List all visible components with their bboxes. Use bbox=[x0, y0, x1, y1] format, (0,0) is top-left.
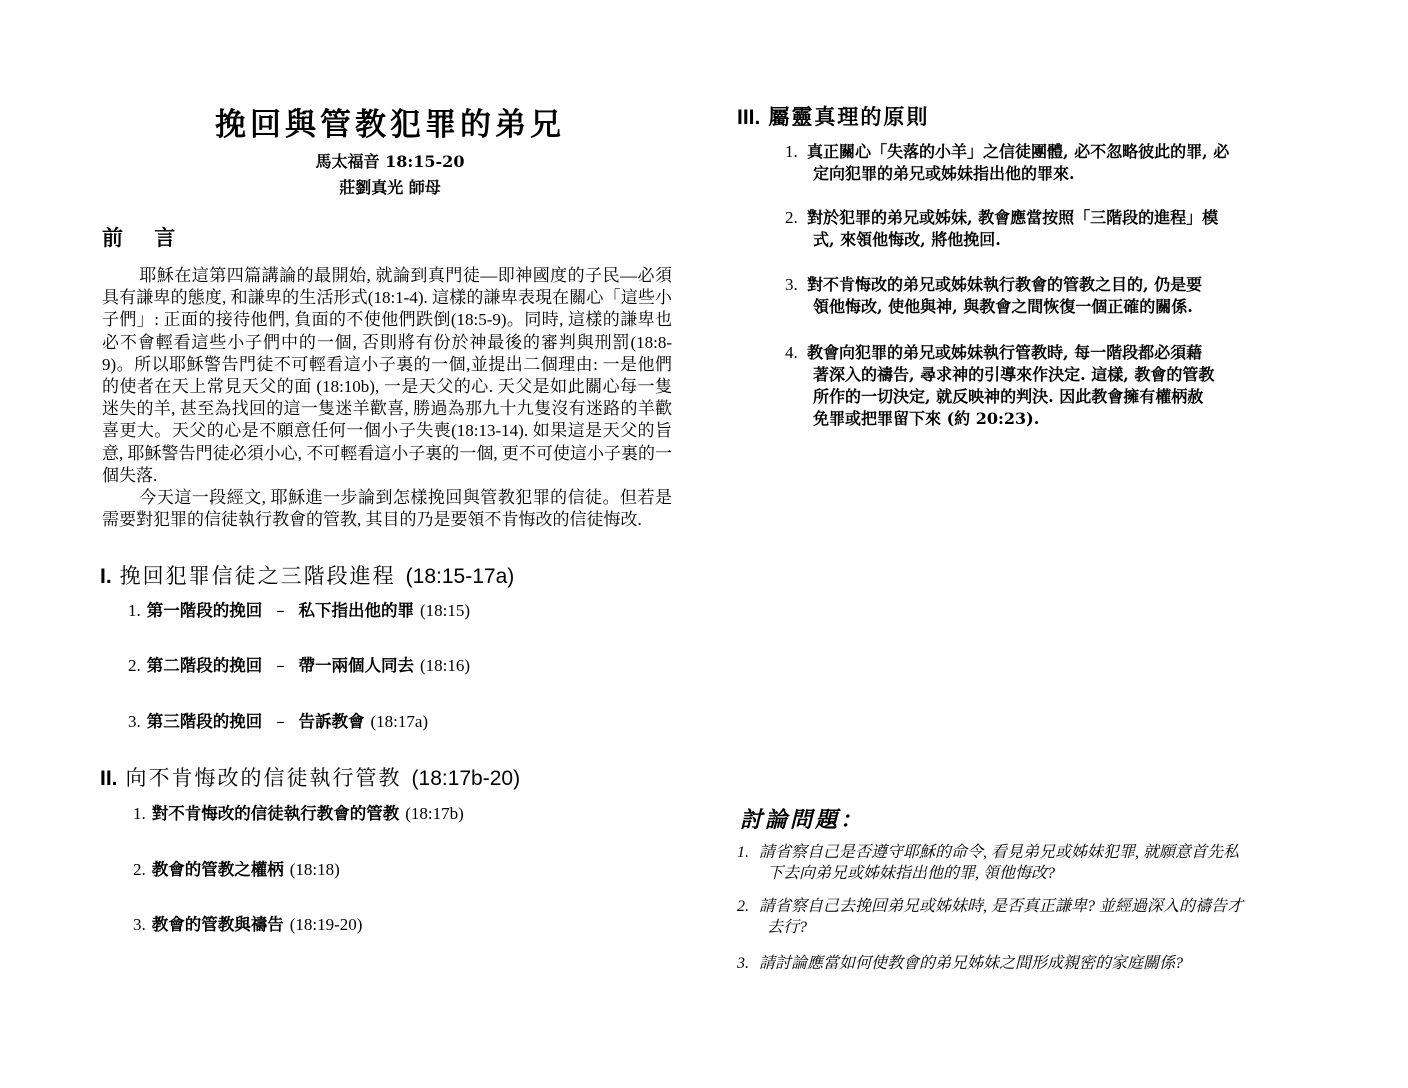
item-desc: 對不肯悔改的信徒執行教會的管教 bbox=[152, 804, 400, 823]
question-line: 下去向弟兄或姊妹指出他的罪, 領他悔改? bbox=[737, 863, 1317, 884]
section-2-item: 2.教會的管教之權柄(18:18) bbox=[133, 859, 340, 881]
item-dash: – bbox=[276, 601, 284, 620]
principle-line: 真正關心「失落的小羊」之信徒團體, 必不忽略彼此的罪, 必 bbox=[807, 142, 1229, 161]
section-1-item: 2.第二階段的挽回–帶一兩個人同去(18:16) bbox=[128, 655, 470, 677]
preface-paragraph: 耶穌在這第四篇講論的最開始, 就論到真門徒—即神國度的子民—必須具有謙卑的態度,… bbox=[102, 265, 672, 487]
section-1-item: 3.第三階段的挽回–告訴教會(18:17a) bbox=[128, 711, 428, 733]
question-line: 請討論應當如何使教會的弟兄姊妹之間形成親密的家庭關係? bbox=[759, 955, 1183, 972]
item-dash: – bbox=[276, 656, 284, 675]
discussion-question: 3.請討論應當如何使教會的弟兄姊妹之間形成親密的家庭關係? bbox=[737, 953, 1317, 974]
principle-line: 對不肯悔改的弟兄或姊妹執行教會的管教之目的, 仍是要 bbox=[807, 275, 1202, 294]
principle-item: 3.對不肯悔改的弟兄或姊妹執行教會的管教之目的, 仍是要 領他悔改, 使他與神,… bbox=[785, 274, 1310, 318]
item-number: 3. bbox=[128, 712, 141, 731]
section-number: III. bbox=[737, 106, 760, 129]
principle-number: 3. bbox=[785, 274, 807, 296]
discussion-question: 2.請省察自己去挽回弟兄或姊妹時, 是否真正謙卑? 並經過深入的禱告才 去行? bbox=[737, 896, 1317, 938]
principle-number: 1. bbox=[785, 141, 807, 163]
item-ref: (18:18) bbox=[290, 860, 340, 879]
principle-line: 式, 來領他悔改, 將他挽回. bbox=[785, 229, 1310, 251]
item-stage: 第二階段的挽回 bbox=[147, 656, 263, 675]
preface-heading: 前 言 bbox=[102, 222, 187, 252]
item-ref: (18:17b) bbox=[405, 804, 464, 823]
principle-number: 2. bbox=[785, 207, 807, 229]
item-ref: (18:15) bbox=[420, 601, 470, 620]
item-desc: 帶一兩個人同去 bbox=[299, 656, 415, 675]
item-desc: 教會的管教之權柄 bbox=[152, 860, 284, 879]
author: 莊劉真光 師母 bbox=[190, 177, 590, 199]
item-number: 3. bbox=[133, 915, 146, 934]
question-number: 3. bbox=[737, 953, 759, 974]
question-line: 去行? bbox=[737, 917, 1317, 938]
principle-line: 教會向犯罪的弟兄或姊妹執行管教時, 每一階段都必須藉 bbox=[807, 343, 1202, 362]
principle-item: 2.對於犯罪的弟兄或姊妹, 教會應當按照「三階段的進程」模 式, 來領他悔改, … bbox=[785, 207, 1310, 251]
section-heading-2: II.向不肯悔改的信徒執行管教(18:17b-20) bbox=[100, 764, 520, 793]
item-number: 1. bbox=[128, 601, 141, 620]
preface-paragraph: 今天這一段經文, 耶穌進一步論到怎樣挽回與管教犯罪的信徒。但若是需要對犯罪的信徒… bbox=[102, 487, 672, 531]
section-ref: (18:15-17a) bbox=[406, 565, 515, 588]
section-heading-3: III.屬靈真理的原則 bbox=[737, 103, 929, 132]
page-title: 挽回與管教犯罪的弟兄 bbox=[190, 106, 590, 144]
section-title: 向不肯悔改的信徒執行管教 bbox=[126, 766, 402, 790]
item-desc: 教會的管教與禱告 bbox=[152, 915, 284, 934]
section-2-item: 3.教會的管教與禱告(18:19-20) bbox=[133, 914, 362, 936]
section-number: I. bbox=[100, 565, 112, 588]
section-heading-1: I.挽回犯罪信徒之三階段進程(18:15-17a) bbox=[100, 562, 514, 591]
question-line: 請省察自己是否遵守耶穌的命令, 看見弟兄或姊妹犯罪, 就願意首先私 bbox=[759, 844, 1239, 861]
preface-body: 耶穌在這第四篇講論的最開始, 就論到真門徒—即神國度的子民—必須具有謙卑的態度,… bbox=[102, 265, 672, 531]
section-1-item: 1.第一階段的挽回–私下指出他的罪(18:15) bbox=[128, 600, 470, 622]
principle-line: 領他悔改, 使他與神, 與教會之間恢復一個正確的關係. bbox=[785, 296, 1310, 318]
item-ref: (18:19-20) bbox=[290, 915, 363, 934]
principle-item: 4.教會向犯罪的弟兄或姊妹執行管教時, 每一階段都必須藉 著深入的禱告, 尋求神… bbox=[785, 342, 1310, 430]
item-desc: 告訴教會 bbox=[299, 712, 365, 731]
discussion-heading: 討論問題： bbox=[740, 803, 865, 834]
item-number: 1. bbox=[133, 804, 146, 823]
item-number: 2. bbox=[128, 656, 141, 675]
principle-line: 所作的一切決定, 就反映神的判決. 因此教會擁有權柄赦 bbox=[785, 386, 1310, 408]
section-ref: (18:17b-20) bbox=[412, 767, 521, 790]
principle-line: 著深入的禱告, 尋求神的引導來作決定. 這樣, 教會的管教 bbox=[785, 364, 1310, 386]
item-dash: – bbox=[276, 712, 284, 731]
principle-line: 對於犯罪的弟兄或姊妹, 教會應當按照「三階段的進程」模 bbox=[807, 208, 1218, 227]
section-2-item: 1.對不肯悔改的信徒執行教會的管教(18:17b) bbox=[133, 803, 464, 825]
item-stage: 第三階段的挽回 bbox=[147, 712, 263, 731]
question-number: 2. bbox=[737, 896, 759, 917]
principle-number: 4. bbox=[785, 342, 807, 364]
principle-item: 1.真正關心「失落的小羊」之信徒團體, 必不忽略彼此的罪, 必 定向犯罪的弟兄或… bbox=[785, 141, 1310, 185]
discussion-question: 1.請省察自己是否遵守耶穌的命令, 看見弟兄或姊妹犯罪, 就願意首先私 下去向弟… bbox=[737, 842, 1317, 884]
item-desc: 私下指出他的罪 bbox=[299, 601, 415, 620]
item-stage: 第一階段的挽回 bbox=[147, 601, 263, 620]
question-number: 1. bbox=[737, 842, 759, 863]
principle-line: 免罪或把罪留下來 (約 20:23). bbox=[785, 408, 1310, 430]
question-line: 請省察自己去挽回弟兄或姊妹時, 是否真正謙卑? 並經過深入的禱告才 bbox=[759, 898, 1243, 915]
scripture-reference: 馬太福音 18:15-20 bbox=[190, 151, 590, 173]
section-number: II. bbox=[100, 767, 118, 790]
item-number: 2. bbox=[133, 860, 146, 879]
section-title: 屬靈真理的原則 bbox=[768, 104, 929, 129]
section-title: 挽回犯罪信徒之三階段進程 bbox=[120, 564, 396, 588]
item-ref: (18:17a) bbox=[371, 712, 429, 731]
item-ref: (18:16) bbox=[420, 656, 470, 675]
principle-line: 定向犯罪的弟兄或姊妹指出他的罪來. bbox=[785, 163, 1310, 185]
